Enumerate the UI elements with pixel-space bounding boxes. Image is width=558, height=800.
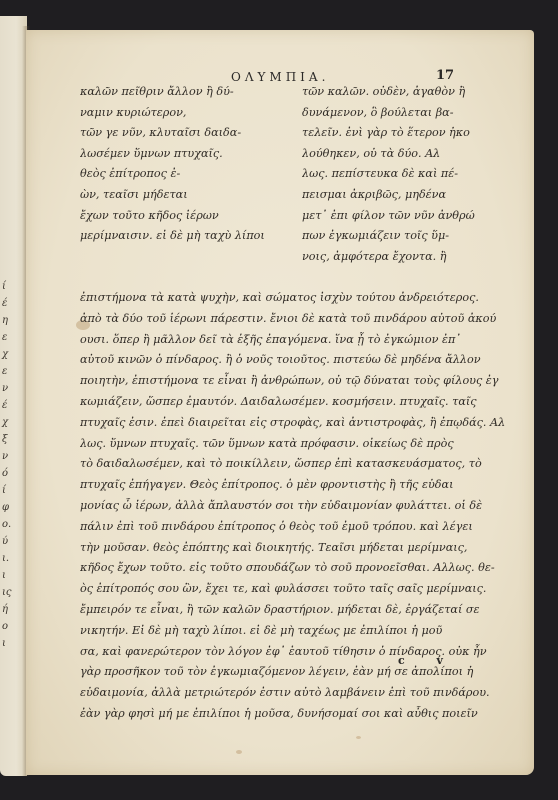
facing-page-glyph: ξ: [2, 431, 22, 448]
text-line: λωσέμεν ὕμνων πτυχαῖς.: [80, 144, 300, 165]
facing-page-glyph: ν: [2, 380, 22, 397]
text-line: ὼν, τεαῖσι μήδεται: [80, 185, 300, 206]
text-line: λως. ὕμνων πτυχαῖς. τῶν ὕμνων κατὰ πρόφα…: [80, 434, 520, 455]
facing-page-glyph: ί: [2, 278, 22, 295]
facing-page-glyph: ο: [2, 618, 22, 635]
foxing-spot: [356, 736, 361, 739]
text-line: ποιητὴν, ἐπιστήμονα τε εἶναι ἢ ἀνθρώπων,…: [80, 371, 520, 392]
facing-page-glyph: έ: [2, 397, 22, 414]
facing-page-glyph: ε: [2, 363, 22, 380]
text-line: τὸ δαιδαλωσέμεν, καὶ τὸ ποικίλλειν, ὥσπε…: [80, 454, 520, 475]
text-line: μερίμναισιν. εἰ δὲ μὴ ταχὺ λίποι: [80, 226, 300, 247]
facing-page-glyph: χ: [2, 414, 22, 431]
facing-page-glyph: ό: [2, 465, 22, 482]
text-line: θεὸς ἐπίτροπος ἐ-: [80, 164, 300, 185]
text-line: καλῶν πεῖθριν ἄλλον ἢ δύ-: [80, 82, 300, 103]
book-page: ΟΛΥΜΠΙΑ. 17 καλῶν πεῖθριν ἄλλον ἢ δύ- να…: [26, 30, 534, 775]
text-line: ὸς ἐπίτροπός σου ὢν, ἔχει τε, καὶ φυλάσσ…: [80, 579, 520, 600]
facing-page-glyph: ε: [2, 329, 22, 346]
text-line: πεισμαι ἀκριβῶς, μηδένα: [302, 185, 527, 206]
facing-page-glyph: έ: [2, 295, 22, 312]
text-line: ἔχων τοῦτο κῆδος ἱέρων: [80, 206, 300, 227]
text-line: κῆδος ἔχων τοῦτο. εἰς τοῦτο σπουδάζων τὸ…: [80, 558, 520, 579]
text-line: δυνάμενον, ὃ βούλεται βα-: [302, 103, 527, 124]
right-column: τῶν καλῶν. οὐδὲν, ἀγαθὸν ἢ δυνάμενον, ὃ …: [302, 82, 527, 267]
text-line: κωμιάζειν, ὥσπερ ἐμαυτόν. Δαιδαλωσέμεν. …: [80, 392, 520, 413]
text-line: νοις, ἀμφότερα ἔχοντα. ἢ: [302, 247, 527, 268]
text-line: ἀπὸ τὰ δύο τοῦ ἱέρωνι πάρεστιν. ἔνιοι δὲ…: [80, 309, 520, 330]
text-line: ἐὰν γὰρ φησὶ μή με ἐπιλίποι ἡ μοῦσα, δυν…: [80, 704, 520, 725]
text-line: πτυχαῖς ἐπήγαγεν. Θεὸς ἐπίτροπος. ὁ μὲν …: [80, 475, 520, 496]
text-line: ἐπιστήμονα τὰ κατὰ ψυχὴν, καὶ σώματος ἰσ…: [80, 288, 520, 309]
text-line: τῶν γε νῦν, κλυταῖσι δαιδα-: [80, 123, 300, 144]
left-column: καλῶν πεῖθριν ἄλλον ἢ δύ- ναμιν κυριώτερ…: [80, 82, 300, 247]
facing-page-glyph: ο.: [2, 516, 22, 533]
facing-page-glyph: ν: [2, 448, 22, 465]
text-line: ἔμπειρόν τε εἶναι, ἢ τῶν καλῶν δραστήριο…: [80, 600, 520, 621]
facing-page-glyph: ύ: [2, 533, 22, 550]
foxing-spot: [236, 750, 242, 754]
text-line: μονίας ὦ ἱέρων, ἀλλὰ ἄπλαυστόν σοι τὴν ε…: [80, 496, 520, 517]
facing-page-glyph: η: [2, 312, 22, 329]
text-line: αὐτοῦ κινῶν ὁ πίνδαρος. ἢ ὁ νοῦς τοιοῦτο…: [80, 350, 520, 371]
facing-page-glyph: ι: [2, 635, 22, 652]
signature-mark: c v: [398, 654, 457, 667]
text-line: λως. πεπίστευκα δὲ καὶ πέ-: [302, 164, 527, 185]
text-line: πων ἐγκωμιάζειν τοῖς ὕμ-: [302, 226, 527, 247]
facing-page-glyph: ι: [2, 567, 22, 584]
text-line: τελεῖν. ἐνὶ γὰρ τὸ ἕτερον ἠκο: [302, 123, 527, 144]
facing-page-glyph: ί: [2, 482, 22, 499]
facing-page-glyph: ή: [2, 601, 22, 618]
facing-page-glyph: χ: [2, 346, 22, 363]
text-line: εὐδαιμονία, ἀλλὰ μετριώτερόν ἐστιν αὐτὸ …: [80, 683, 520, 704]
text-line: νικητήν. Εἰ δὲ μὴ ταχὺ λίποι. εἰ δὲ μὴ τ…: [80, 621, 520, 642]
text-line: ναμιν κυριώτερον,: [80, 103, 300, 124]
text-line: ουσι. ὅπερ ἢ μᾶλλον δεῖ τὰ ἑξῆς ἐπαγόμεν…: [80, 330, 520, 351]
text-line: μετ᾽ ἐπι φίλον τῶν νῦν ἀνθρώ: [302, 206, 527, 227]
facing-page-glyph: ις: [2, 584, 22, 601]
text-line: τῶν καλῶν. οὐδὲν, ἀγαθὸν ἢ: [302, 82, 527, 103]
text-line: τὴν μοῦσαν. θεὸς ἐπόπτης καὶ διοικητής. …: [80, 538, 520, 559]
text-line: πτυχαῖς ἐσιν. ἐπεὶ διαιρεῖται εἰς στροφὰ…: [80, 413, 520, 434]
facing-page-glyph: ι.: [2, 550, 22, 567]
page-number: 17: [436, 68, 454, 83]
text-line: λούθηκεν, οὐ τὰ δύο. Αλ: [302, 144, 527, 165]
text-line: πάλιν ἐπὶ τοῦ πινδάρου ἐπίτροπος ὁ θεὸς …: [80, 517, 520, 538]
facing-page-glyph: φ: [2, 499, 22, 516]
facing-page-text: ίέηεχενέχξνόίφο.ύι.ιιςήοι: [2, 278, 22, 652]
